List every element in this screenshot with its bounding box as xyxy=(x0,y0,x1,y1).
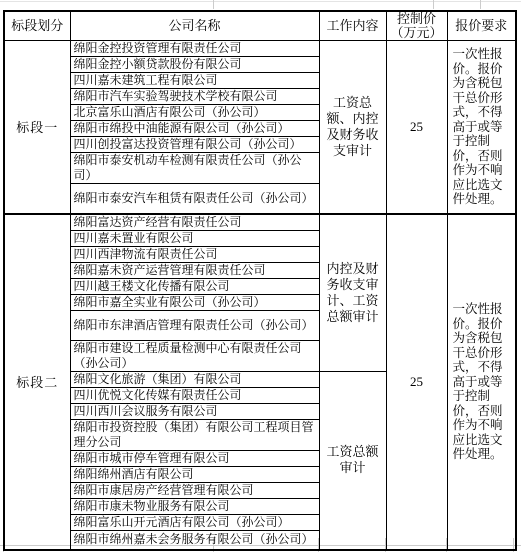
table-row: 标段一 绵阳金控投资管理有限责任公司 工资总额、内控及财务收支审计 25 一次性… xyxy=(4,41,516,57)
company-cell: 绵阳市嘉全实业有限公司（孙公司） xyxy=(70,294,319,310)
section-2-label: 标段二 xyxy=(4,214,70,551)
spreadsheet-gridline xyxy=(433,0,434,9)
company-cell: 绵阳金控小额贷款股份有限公司 xyxy=(70,57,319,73)
company-cell: 绵阳市康未物业服务有限公司 xyxy=(70,498,319,514)
company-cell: 绵阳市康居房产经营管理有限公司 xyxy=(70,482,319,498)
header-work-content: 工作内容 xyxy=(319,11,386,41)
header-quote-requirement: 报价要求 xyxy=(447,11,516,41)
section-1-label: 标段一 xyxy=(4,41,70,214)
company-cell: 四川优悦文化传媒有限责任公司 xyxy=(70,387,319,403)
table-row: 标段二 绵阳富达资产经营有限责任公司 内控及财务收支审计、工资总额审计 25 一… xyxy=(4,214,516,231)
company-cell: 绵阳嘉未资产运营管理有限责任公司 xyxy=(70,262,319,278)
company-cell: 北京富乐山酒店有限公司（孙公司） xyxy=(70,105,319,121)
company-cell: 绵阳市汽车实验驾驶技术学校有限公司 xyxy=(70,89,319,105)
company-cell: 绵阳文化旅游（集团）有限公司 xyxy=(70,371,319,387)
work-content-cell: 内控及财务收支审计、工资总额审计 xyxy=(319,214,386,372)
company-cell: 四川创投富达投资管理有限公司（孙公司） xyxy=(70,137,319,153)
company-cell: 绵阳市建设工程质量检测中心有限责任公司（孙公司） xyxy=(70,340,319,371)
audit-bid-table: 标段划分 公司名称 工作内容 控制价 （万元） 报价要求 标段一 绵阳金控投资管… xyxy=(3,10,517,551)
company-cell: 绵阳市东津酒店管理有限责任公司（孙公司） xyxy=(70,310,319,340)
spreadsheet-gridline xyxy=(213,0,214,9)
table-header-row: 标段划分 公司名称 工作内容 控制价 （万元） 报价要求 xyxy=(4,11,516,41)
quote-requirement-cell: 一次性报价。报价为含税包干总价形式，不得高于或等于控制价，否则作为不响应比选文件… xyxy=(447,214,516,551)
work-content-cell: 工资总额、内控及财务收支审计 xyxy=(319,41,386,214)
control-price-cell: 25 xyxy=(386,214,447,551)
company-cell: 四川嘉未置业有限公司 xyxy=(70,230,319,246)
spreadsheet-gridline xyxy=(0,1,521,2)
control-price-cell: 25 xyxy=(386,41,447,214)
company-cell: 四川嘉未建筑工程有限公司 xyxy=(70,73,319,89)
header-control-price: 控制价 （万元） xyxy=(386,11,447,41)
company-cell: 绵阳市城市停车管理有限公司 xyxy=(70,450,319,466)
company-cell: 绵阳市泰安汽车租赁有限责任公司（孙公司） xyxy=(70,184,319,214)
work-content-cell: 工资总额审计 xyxy=(319,371,386,550)
company-cell: 绵阳市绵投中油能源有限公司（孙公司） xyxy=(70,121,319,137)
company-cell: 绵阳富乐山开元酒店有限公司（孙公司） xyxy=(70,514,319,530)
company-cell: 绵阳市绵州嘉未会务服务有限公司（孙公司） xyxy=(70,530,319,550)
header-company-name: 公司名称 xyxy=(70,11,319,41)
header-section: 标段划分 xyxy=(4,11,70,41)
quote-requirement-cell: 一次性报价。报价为含税包干总价形式，不得高于或等于控制价，否则作为不响应比选文件… xyxy=(447,41,516,214)
company-cell: 四川越王楼文化传播有限公司 xyxy=(70,278,319,294)
company-cell: 绵阳金控投资管理有限责任公司 xyxy=(70,41,319,57)
company-cell: 绵阳富达资产经营有限责任公司 xyxy=(70,214,319,231)
company-cell: 四川西津物流有限责任公司 xyxy=(70,246,319,262)
spreadsheet-gridline xyxy=(480,0,481,9)
company-cell: 绵阳绵州酒店有限公司 xyxy=(70,466,319,482)
company-cell: 绵阳市投资控股（集团）有限公司工程项目管理分公司 xyxy=(70,419,319,450)
company-cell: 绵阳市泰安机动车检测有限责任公司（孙公司） xyxy=(70,153,319,184)
company-cell: 四川西川会议服务有限公司 xyxy=(70,403,319,419)
